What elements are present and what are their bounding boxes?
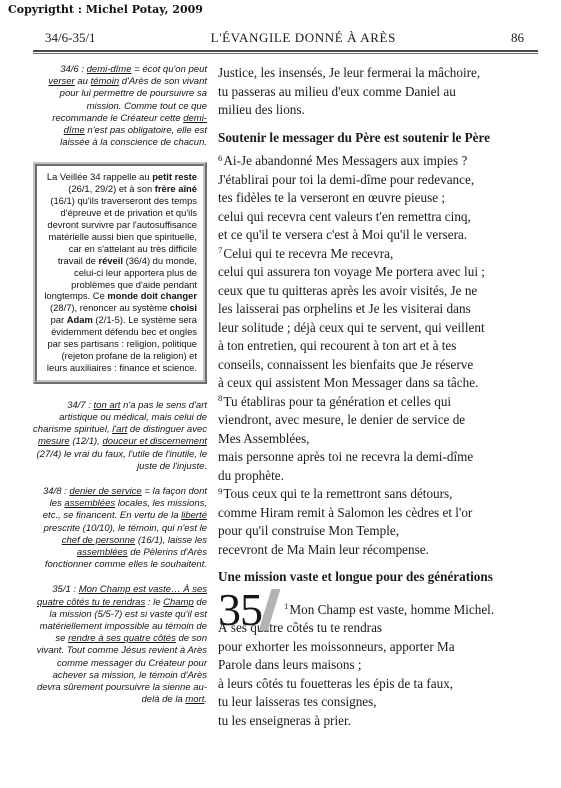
text-line: milieu des lions.: [218, 101, 544, 120]
text-line: comme Hiram remit à Salomon les cèdres e…: [218, 504, 544, 523]
text-run: (27/4) le vrai du faux, l'utile de l'inu…: [37, 449, 208, 472]
text-run: celui qui recevra cent valeurs t'en reme…: [218, 209, 471, 224]
text-run: (26/1, 29/2) et à son: [68, 183, 155, 194]
text-run: 34/7 :: [67, 400, 93, 411]
text-line: 6Ai-Je abandonné Mes Messagers aux impie…: [218, 152, 544, 171]
text-run: Mes Assemblées,: [218, 431, 310, 446]
text-run: denier de service: [69, 486, 141, 497]
text-line: 8Tu établiras pour ta génération et cell…: [218, 393, 544, 412]
text-line: à ton entretien, qui recourent à ton art…: [218, 337, 544, 356]
text-run: ceux que tu quitteras après les avoir vi…: [218, 283, 477, 298]
text-run: 35/1 :: [52, 584, 78, 595]
text-line: Parole dans leurs maisons ;: [218, 656, 544, 675]
text-line: tu passeras au milieu d'eux comme Daniel…: [218, 83, 544, 102]
text-run: pour exhorter les moissonneurs, apporter…: [218, 639, 455, 654]
text-run: liberté: [181, 510, 207, 521]
text-line: 9Tous ceux qui te la remettront sans dét…: [218, 485, 544, 504]
text-run: choisi: [170, 302, 197, 313]
header-double-rule: [33, 50, 538, 54]
text-run: Justice, les insensés, Je leur fermerai …: [218, 65, 480, 80]
text-run: Adam: [67, 314, 93, 325]
text-run: : le: [145, 597, 163, 608]
text-line: tu leur laisseras tes consignes,: [218, 693, 544, 712]
text-run: Parole dans leurs maisons ;: [218, 657, 362, 672]
text-run: milieu des lions.: [218, 102, 305, 117]
page-header: 34/6-35/1 L'ÉVANGILE DONNÉ À ARÈS 86: [33, 30, 538, 46]
text-run: par: [51, 314, 67, 325]
text-run: au: [75, 76, 91, 87]
text-run: Tous ceux qui te la remettront sans déto…: [223, 486, 452, 501]
text-run: 34/8 :: [43, 486, 69, 497]
text-line: conseils, connaissent les bienfaits que …: [218, 356, 544, 375]
text-run: à leurs côtés tu fouetteras les épis de …: [218, 676, 453, 691]
page-number: 86: [511, 30, 524, 46]
text-run: leur solitude ; déjà ceux qui te servent…: [218, 320, 485, 335]
text-run: monde doit changer: [107, 290, 197, 301]
text-run: douceur et discernement: [102, 436, 207, 447]
text-run: de distinguer avec: [127, 424, 207, 435]
text-line: Mes Assemblées,: [218, 430, 544, 449]
text-run: les laisserai pas orphelins et Je les vi…: [218, 301, 471, 316]
note-35-1: 35/1 : Mon Champ est vaste… À ses quatre…: [33, 584, 207, 706]
verse-paragraph: Justice, les insensés, Je leur fermerai …: [218, 64, 544, 120]
text-run: assemblées: [64, 498, 115, 509]
book-title: L'ÉVANGILE DONNÉ À ARÈS: [211, 30, 396, 46]
text-run: assemblées: [77, 547, 128, 558]
text-run: mais personne après toi ne recevra la de…: [218, 449, 473, 464]
text-run: tes fidèles te la verseront en œuvre pie…: [218, 190, 445, 205]
text-run: (28/7), renoncer au système: [50, 302, 170, 313]
note-34-6: 34/6 : demi-dîme = écot qu'on peut verse…: [33, 64, 207, 149]
note-box-veillee-34: La Veillée 34 rappelle au petit reste (2…: [33, 162, 207, 383]
text-run: petit reste: [152, 171, 197, 182]
text-run: (16/1), laisse les: [135, 535, 207, 546]
text-line: 7Celui qui te recevra Me recevra,: [218, 245, 544, 264]
text-run: réveil: [98, 255, 123, 266]
text-run: pour qu'il construise Mon Temple,: [218, 523, 399, 538]
text-line: viendront, avec mesure, le denier de ser…: [218, 411, 544, 430]
text-run: comme Hiram remit à Salomon les cèdres e…: [218, 505, 472, 520]
text-run: ton art: [94, 400, 121, 411]
verse-paragraph: 6Ai-Je abandonné Mes Messagers aux impie…: [218, 152, 544, 559]
copyright-notice: Copyrigtht : Michel Potay, 2009: [8, 3, 203, 16]
text-line: pour qu'il construise Mon Temple,: [218, 522, 544, 541]
text-run: frère aîné: [155, 183, 197, 194]
text-run: Celui qui te recevra Me recevra,: [223, 246, 393, 261]
text-run: mort: [185, 694, 204, 705]
text-run: du prophète.: [218, 468, 284, 483]
text-run: recevront de Ma Main leur récompense.: [218, 542, 429, 557]
text-run: verser: [48, 76, 74, 87]
text-run: Champ: [163, 597, 194, 608]
note-34-8: 34/8 : denier de service = la façon dont…: [33, 486, 207, 571]
text-line: J'établirai pour toi la demi-dîme pour r…: [218, 171, 544, 190]
text-line: mais personne après toi ne recevra la de…: [218, 448, 544, 467]
text-run: rendre à ses quatre côtés: [68, 633, 176, 644]
text-line: à leurs côtés tu fouetteras les épis de …: [218, 675, 544, 694]
text-run: l'art: [112, 424, 127, 435]
book-page: Copyrigtht : Michel Potay, 2009 34/6-35/…: [0, 0, 561, 788]
text-line: Justice, les insensés, Je leur fermerai …: [218, 64, 544, 83]
text-run: demi-dîme: [87, 64, 132, 75]
text-run: prescrite (10/10), le témoin, qui n'est …: [44, 523, 207, 534]
text-run: 34/6 :: [60, 64, 86, 75]
text-line: leur solitude ; déjà ceux qui te servent…: [218, 319, 544, 338]
text-run: .: [204, 694, 207, 705]
text-run: témoin: [91, 76, 120, 87]
text-run: et ce qu'il te versera c'est à Moi qu'il…: [218, 227, 467, 242]
text-line: tes fidèles te la verseront en œuvre pie…: [218, 189, 544, 208]
text-run: chef de personne: [62, 535, 135, 546]
text-line: ceux que tu quitteras après les avoir vi…: [218, 282, 544, 301]
text-run: viendront, avec mesure, le denier de ser…: [218, 412, 465, 427]
note-34-7: 34/7 : ton art n'a pas le sens d'art art…: [33, 400, 207, 473]
text-run: Tu établiras pour ta génération et celle…: [223, 394, 451, 409]
margin-notes-column: 34/6 : demi-dîme = écot qu'on peut verse…: [33, 64, 207, 720]
verse-range: 34/6-35/1: [45, 30, 96, 46]
text-line: à ceux qui assistent Mon Messager dans s…: [218, 374, 544, 393]
text-run: Mon Champ est vaste, homme Michel.: [289, 602, 494, 617]
section-heading: Une mission vaste et longue pour des gén…: [218, 568, 544, 587]
text-line: du prophète.: [218, 467, 544, 486]
text-run: tu les enseigneras à prier.: [218, 713, 351, 728]
text-run: tu passeras au milieu d'eux comme Daniel…: [218, 84, 456, 99]
text-run: Ai-Je abandonné Mes Messagers aux impies…: [223, 153, 467, 168]
text-run: conseils, connaissent les bienfaits que …: [218, 357, 473, 372]
text-run: J'établirai pour toi la demi-dîme pour r…: [218, 172, 474, 187]
section-heading: Soutenir le messager du Père est souteni…: [218, 129, 544, 148]
text-line: les laisserai pas orphelins et Je les vi…: [218, 300, 544, 319]
text-run: celui qui assurera ton voyage Me portera…: [218, 264, 485, 279]
text-line: celui qui assurera ton voyage Me portera…: [218, 263, 544, 282]
text-run: tu leur laisseras tes consignes,: [218, 694, 377, 709]
text-run: à ton entretien, qui recourent à ton art…: [218, 338, 456, 353]
text-run: La Veillée 34 rappelle au: [47, 171, 152, 182]
chapter-block: 351Mon Champ est vaste, homme Michel.À s…: [218, 601, 544, 731]
text-line: celui qui recevra cent valeurs t'en reme…: [218, 208, 544, 227]
text-run: (12/1),: [70, 436, 103, 447]
text-run: mesure: [38, 436, 70, 447]
chapter-number: 35: [218, 588, 262, 632]
text-line: tu les enseigneras à prier.: [218, 712, 544, 731]
text-line: et ce qu'il te versera c'est à Moi qu'il…: [218, 226, 544, 245]
text-line: pour exhorter les moissonneurs, apporter…: [218, 638, 544, 657]
text-line: recevront de Ma Main leur récompense.: [218, 541, 544, 560]
text-run: = écot qu'on peut: [132, 64, 208, 75]
main-text-column: Justice, les insensés, Je leur fermerai …: [218, 64, 544, 730]
text-run: à ceux qui assistent Mon Messager dans s…: [218, 375, 478, 390]
